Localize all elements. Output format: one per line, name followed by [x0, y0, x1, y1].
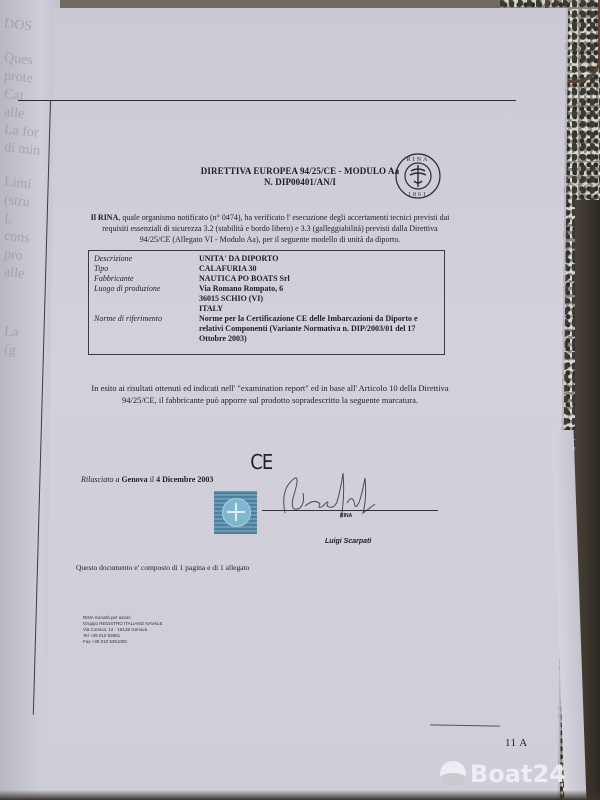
ce-mark-icon: CE	[250, 450, 272, 474]
ghost-text: (stru	[3, 193, 30, 212]
issued-label: Rilasciato a	[81, 475, 119, 484]
intro-org: Il RINA	[91, 213, 119, 222]
detail-value: NAUTICA PO BOATS Srl	[199, 274, 290, 284]
boat24-logo-icon	[440, 761, 466, 787]
boat-details-box: Descrizione UNITA' DA DIPORTO Tipo CALAF…	[88, 250, 445, 355]
hologram-seal-icon	[214, 491, 257, 534]
ghost-text: L	[3, 212, 13, 229]
watermark: Boat24	[440, 760, 566, 788]
ghost-text: La for	[3, 122, 39, 142]
certificate-number: N. DIP00401/AN/I	[170, 177, 430, 188]
ghost-text: Limi	[3, 175, 32, 194]
page-number: 11 A	[505, 737, 528, 749]
rina-logo-icon: RINA 1861	[393, 151, 443, 201]
intro-paragraph: Il RINA, quale organismo notificato (n° …	[90, 212, 450, 245]
detail-value: Via Romano Rompato, 6	[199, 284, 283, 294]
svg-text:RINA: RINA	[407, 157, 430, 163]
signer-name: Luigi Scarpati	[325, 538, 371, 545]
detail-value: CALAFURIA 30	[199, 264, 257, 274]
ghost-text: cons	[3, 229, 30, 248]
ghost-text: alle	[3, 105, 25, 123]
ghost-text: pro	[3, 247, 23, 265]
ghost-text: DOS	[3, 17, 33, 36]
directive-title: DIRETTIVA EUROPEA 94/25/CE - MODULO Aa	[170, 166, 430, 177]
ghost-text: prote	[3, 69, 33, 88]
footer-address: RINA Società per azioni Gruppo REGISTRO …	[83, 615, 163, 645]
detail-label: Luogo di produzione	[94, 284, 204, 294]
detail-value: Norme per la Certificazione CE delle Imb…	[199, 314, 434, 344]
address-line: Fax +39 010 5351000	[83, 639, 163, 645]
ghost-text: Ques	[3, 51, 33, 70]
detail-value: 36015 SCHIO (VI)	[199, 294, 263, 304]
ghost-text: di min	[3, 140, 41, 160]
ghost-text: Cat	[3, 87, 24, 105]
result-paragraph: In esito ai risultati ottenuti ed indica…	[85, 383, 455, 406]
certificate-title: DIRETTIVA EUROPEA 94/25/CE - MODULO Aa N…	[170, 166, 430, 188]
intro-text: , quale organismo notificato (n° 0474), …	[102, 213, 449, 244]
bottom-shadow	[0, 790, 600, 800]
detail-label: Norme di riferimento	[94, 314, 204, 324]
signature-line	[262, 510, 438, 511]
ghost-text: (g	[3, 342, 16, 359]
detail-label: Descrizione	[94, 254, 204, 264]
watermark-text: Boat24	[470, 760, 566, 788]
detail-value: ITALY	[199, 304, 223, 314]
ghost-text: alle	[3, 265, 25, 283]
signature-icon	[275, 468, 385, 523]
issued-place: Genova	[121, 475, 147, 484]
signature-org: RINA	[340, 513, 352, 519]
issued-il: il	[150, 475, 154, 484]
svg-text:1861: 1861	[408, 192, 428, 198]
issued-date: 4 Dicembre 2003	[156, 475, 213, 484]
issued-line: Rilasciato a Genova il 4 Dicembre 2003	[81, 475, 213, 484]
composition-note: Questo documento e' composto di 1 pagina…	[76, 563, 249, 572]
detail-value: UNITA' DA DIPORTO	[199, 254, 278, 264]
detail-label: Tipo	[94, 264, 204, 274]
frame-border-top	[18, 100, 516, 101]
ghost-text: La	[3, 324, 19, 341]
detail-label: Fabbricante	[94, 274, 204, 284]
